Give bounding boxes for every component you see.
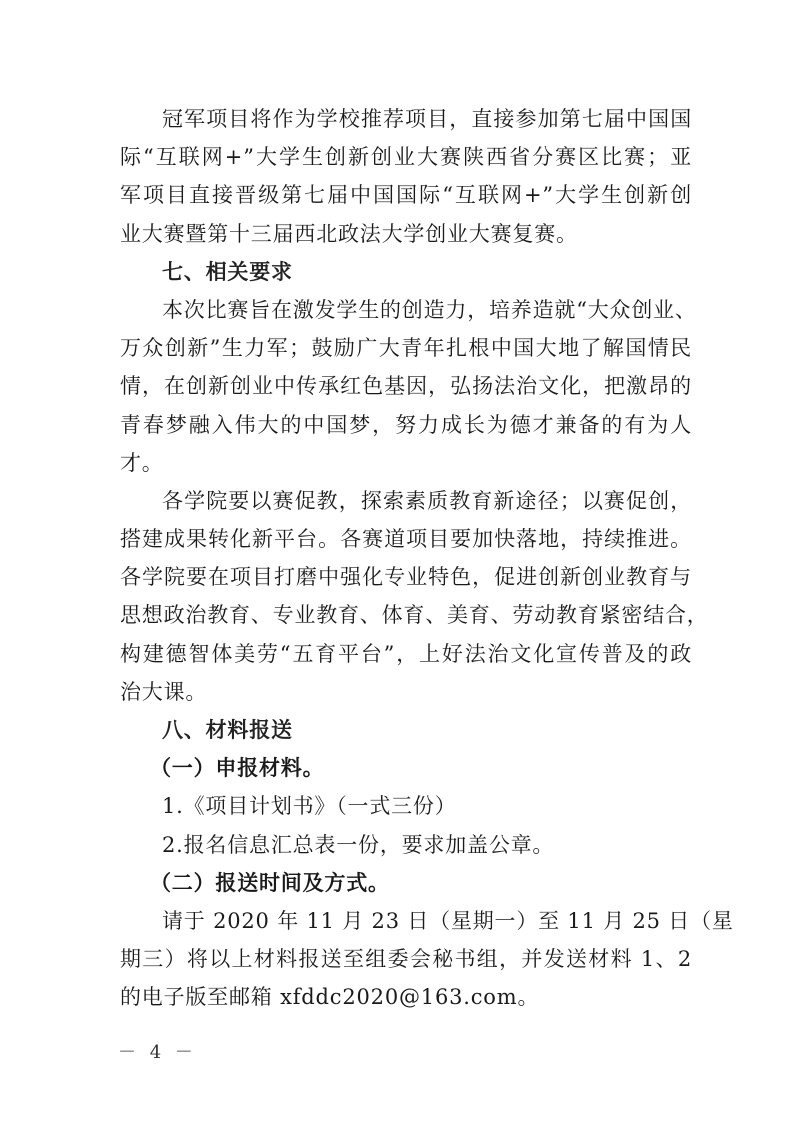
section7-paragraph2: 各学院要以赛促教，探索素质教育新途径；以赛促创， 搭建成果转化新平台。各赛道项目… <box>120 482 692 711</box>
section8: 八、材料报送 （一）申报材料。 1.《项目计划书》（一式三份） 2.报名信息汇总… <box>120 711 692 1017</box>
paragraph-line: 本次比赛旨在激发学生的创造力，培养造就“大众创业、 <box>120 291 692 329</box>
page-number: － 4 － <box>118 1038 197 1064</box>
section-heading: 七、相关要求 <box>120 253 692 291</box>
section7-paragraph1: 本次比赛旨在激发学生的创造力，培养造就“大众创业、 万众创新”生力军；鼓励广大青… <box>120 291 692 482</box>
section8-sub1: （一）申报材料。 1.《项目计划书》（一式三份） 2.报名信息汇总表一份，要求加… <box>120 749 692 864</box>
paragraph-line: 军项目直接晋级第七届中国国际“互联网+”大学生创新创 <box>120 176 692 214</box>
document-page: 冠军项目将作为学校推荐项目，直接参加第七届中国国 际“互联网+”大学生创新创业大… <box>120 100 692 1017</box>
paragraph-line: 各学院要以赛促教，探索素质教育新途径；以赛促创， <box>120 482 692 520</box>
paragraph-line: 的电子版至邮箱 xfddc2020@163.com。 <box>120 978 692 1016</box>
list-item: 1.《项目计划书》（一式三份） <box>120 787 692 825</box>
paragraph-line: 搭建成果转化新平台。各赛道项目要加快落地，持续推进。 <box>120 520 692 558</box>
paragraph-line: 治大课。 <box>120 673 692 711</box>
paragraph-line: 思想政治教育、专业教育、体育、美育、劳动教育紧密结合， <box>120 596 692 634</box>
subsection-heading: （二）报送时间及方式。 <box>120 864 692 902</box>
paragraph-line: 冠军项目将作为学校推荐项目，直接参加第七届中国国 <box>120 100 692 138</box>
section-heading: 八、材料报送 <box>120 711 692 749</box>
paragraph-line: 情，在创新创业中传承红色基因，弘扬法治文化，把激昂的 <box>120 367 692 405</box>
subsection-heading: （一）申报材料。 <box>120 749 692 787</box>
paragraph-line: 际“互联网+”大学生创新创业大赛陕西省分赛区比赛；亚 <box>120 138 692 176</box>
paragraph-line: 各学院要在项目打磨中强化专业特色，促进创新创业教育与 <box>120 558 692 596</box>
list-item: 2.报名信息汇总表一份，要求加盖公章。 <box>120 826 692 864</box>
section8-sub2: （二）报送时间及方式。 请于 2020 年 11 月 23 日（星期一）至 11… <box>120 864 692 1017</box>
paragraph-line: 请于 2020 年 11 月 23 日（星期一）至 11 月 25 日（星 <box>120 902 692 940</box>
paragraph-line: 才。 <box>120 444 692 482</box>
paragraph-line: 期三）将以上材料报送至组委会秘书组，并发送材料 1、2 <box>120 940 692 978</box>
section7: 七、相关要求 本次比赛旨在激发学生的创造力，培养造就“大众创业、 万众创新”生力… <box>120 253 692 711</box>
section6-continuation: 冠军项目将作为学校推荐项目，直接参加第七届中国国 际“互联网+”大学生创新创业大… <box>120 100 692 253</box>
paragraph-line: 构建德智体美劳“五育平台”，上好法治文化宣传普及的政 <box>120 635 692 673</box>
paragraph-line: 青春梦融入伟大的中国梦，努力成长为德才兼备的有为人 <box>120 406 692 444</box>
paragraph-line: 万众创新”生力军；鼓励广大青年扎根中国大地了解国情民 <box>120 329 692 367</box>
paragraph-line: 业大赛暨第十三届西北政法大学创业大赛复赛。 <box>120 215 692 253</box>
